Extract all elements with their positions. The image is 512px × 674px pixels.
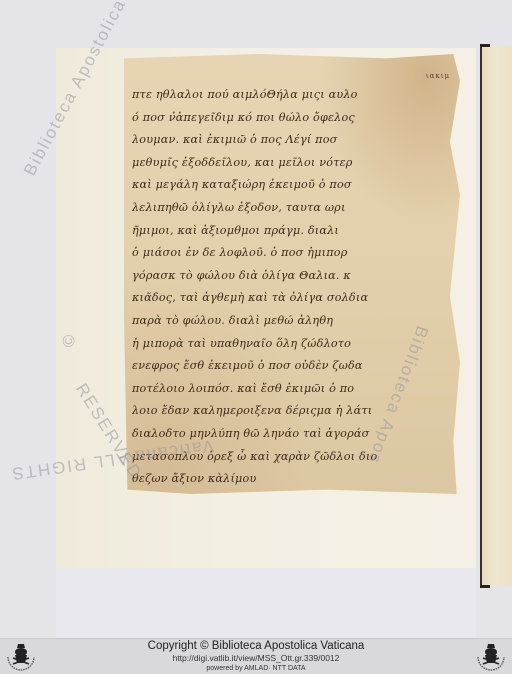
manuscript-url[interactable]: http://digi.vatlib.it/view/MSS_Ott.gr.33… xyxy=(0,653,512,664)
mount-sheet-bottom xyxy=(56,568,476,638)
vatican-library-seal-icon xyxy=(474,641,508,671)
folio-guide-mark xyxy=(480,585,490,588)
manuscript-line: ἡ μιπορὰ ταὶ υπαθηναῖο ὅλη ζώδλοτο xyxy=(132,333,454,356)
manuscript-line: θεζων ἄξιον κὰλίμου xyxy=(132,468,454,491)
manuscript-line: μετασοπλου ὀρεξ ὦ καὶ χαρὰν ζῶδλοι διο xyxy=(132,446,454,469)
folio-guide-mark xyxy=(480,44,490,47)
manuscript-line: ῆμιμοι, καὶ ἀξιομθμοι πράγμ. διαλι xyxy=(132,220,454,243)
manuscript-line: ενεφρος ἔσθ ἐκειμοῦ ὁ ποσ οὐδὲν ζωδα xyxy=(132,355,454,378)
manuscript-line: καὶ μεγάλη καταξιώρη ἐκειμοῦ ὁ ποσ xyxy=(132,174,454,197)
manuscript-line: λουμαν. καὶ ἐκιμιῶ ὁ πος Λέγί ποσ xyxy=(132,129,454,152)
folio-number: ιακιμ xyxy=(426,72,450,80)
manuscript-viewer: ιακιμ πτε ηθλαλοι πού αιμλόΘήλα μιςι αυλ… xyxy=(0,0,512,638)
manuscript-line: ό ποσ ν̓ἁπεγεῖδιμ κό ποι θώλο ὄφελος xyxy=(132,107,454,130)
manuscript-line: πτε ηθλαλοι πού αιμλόΘήλα μιςι αυλο xyxy=(132,84,454,107)
manuscript-line: παρὰ τὸ φώλου. διαλὶ μεθώ ἀληθη xyxy=(132,310,454,333)
manuscript-line: μεθυμῖς ἐξοδδεῖλου, και μεῖλοι νότερ xyxy=(132,152,454,175)
manuscript-line: λελιπηθῶ ὀλίγλω ἐξοδον, ταυτα ωρι xyxy=(132,197,454,220)
manuscript-line: κιᾶδος, ταὶ ἀγθεμὴ καὶ τὰ ὀλίγα σολδια xyxy=(132,287,454,310)
vatican-library-seal-icon xyxy=(4,641,38,671)
manuscript-text: πτε ηθλαλοι πού αιμλόΘήλα μιςι αυλο ό πο… xyxy=(132,84,454,513)
adjacent-folio-edge xyxy=(480,46,512,586)
manuscript-line: ποτέλοιο λοιπόσ. καὶ ἔσθ ἐκιμῶι ὁ πο xyxy=(132,378,454,401)
manuscript-folio: ιακιμ πτε ηθλαλοι πού αιμλόΘήλα μιςι αυλ… xyxy=(124,54,460,494)
manuscript-line: ὁ μιάσοι ἐν δε λοφλοῦ. ὁ ποσ ἡμιπορ xyxy=(132,242,454,265)
powered-by-text: powered by AMLAD· NTT DATA xyxy=(0,664,512,674)
manuscript-line: γόρασκ τὸ φώλου διὰ ὀλίγα Θαλια. κ xyxy=(132,265,454,288)
manuscript-line: λοιο ἔδαν καλημεροιξενα δέριςμα ἡ λάτι xyxy=(132,400,454,423)
copyright-text: Copyright © Biblioteca Apostolica Vatica… xyxy=(0,640,512,653)
manuscript-line: διαλοδτο μηνλύπη θῶ ληνάο ταὶ ἀγοράσ xyxy=(132,423,454,446)
copyright-footer: Copyright © Biblioteca Apostolica Vatica… xyxy=(0,638,512,674)
